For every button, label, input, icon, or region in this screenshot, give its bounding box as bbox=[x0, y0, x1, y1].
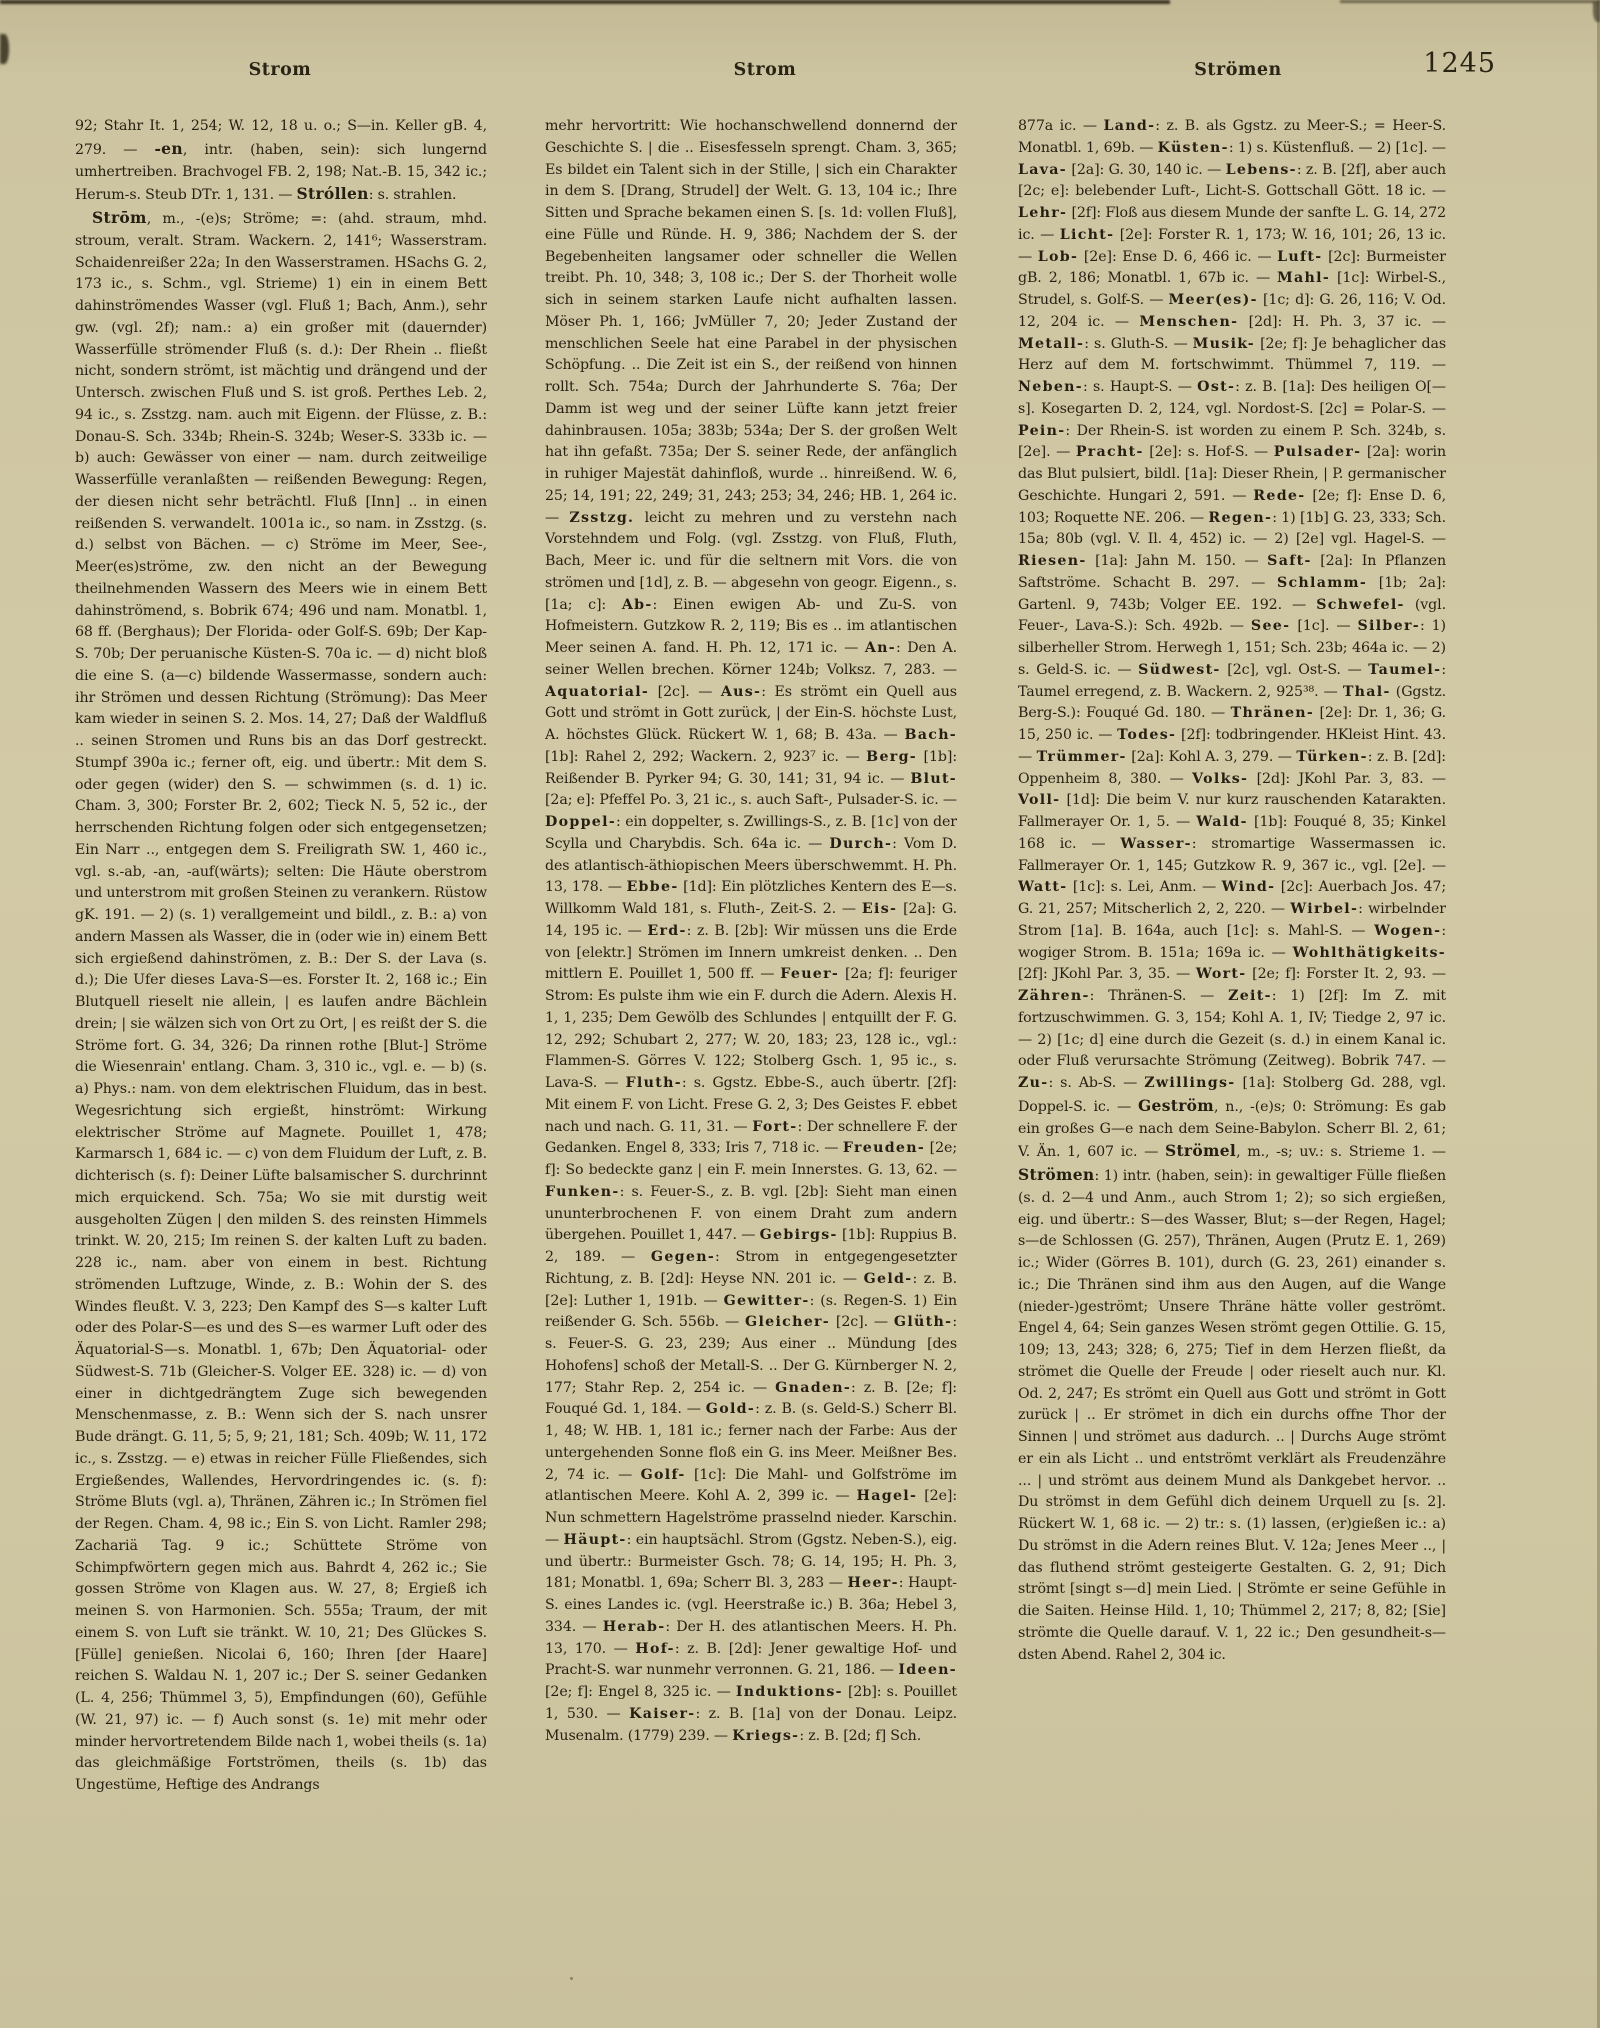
compound-headword: Aus- bbox=[721, 684, 761, 700]
compound-headword: Heer- bbox=[847, 1575, 898, 1591]
compound-headword: Schwefel- bbox=[1316, 597, 1405, 613]
compound-headword: Geld- bbox=[864, 1271, 913, 1287]
compound-headword: Ab- bbox=[622, 597, 653, 613]
compound-headword: Zähren- bbox=[1018, 988, 1090, 1004]
compound-headword: Ebbe- bbox=[626, 879, 678, 895]
compound-headword: Wohlthätigkeits- bbox=[1293, 945, 1446, 961]
compound-headword: Zwillings- bbox=[1144, 1075, 1235, 1091]
compound-headword: Türken- bbox=[1296, 749, 1367, 765]
compound-headword: Todes- bbox=[1117, 727, 1176, 743]
dictionary-paragraph: 92; Stahr It. 1, 254; W. 12, 18 u. o.; S… bbox=[75, 116, 487, 207]
compound-headword: Lebens- bbox=[1226, 162, 1297, 178]
compound-headword: Wind- bbox=[1222, 879, 1276, 895]
compound-headword: Wort- bbox=[1196, 966, 1247, 982]
running-head-center: Strom bbox=[680, 60, 850, 80]
paper-speck bbox=[570, 1977, 573, 1980]
dictionary-paragraph: Strōm, m., -(e)s; Ströme; =: (ahd. strau… bbox=[75, 207, 487, 1797]
compound-headword: Gnaden- bbox=[775, 1380, 851, 1396]
compound-headword: Volks- bbox=[1192, 771, 1248, 787]
compound-headword: Fort- bbox=[752, 1119, 797, 1135]
compound-headword: Wasser- bbox=[1120, 836, 1191, 852]
entry-headword: Strōm bbox=[92, 208, 147, 227]
compound-headword: Gewitter- bbox=[724, 1293, 810, 1309]
compound-headword: Taumel- bbox=[1368, 662, 1441, 678]
compound-headword: An- bbox=[865, 640, 896, 656]
compound-headword: Ideen- bbox=[898, 1662, 957, 1678]
compound-headword: Zu- bbox=[1018, 1075, 1048, 1091]
compound-headword: Zeit- bbox=[1228, 988, 1272, 1004]
compound-headword: Ost- bbox=[1197, 379, 1235, 395]
compound-headword: Musik- bbox=[1193, 336, 1255, 352]
compound-headword: Lava- bbox=[1018, 162, 1067, 178]
compound-headword: Golf- bbox=[641, 1467, 686, 1483]
compound-headword: Gold- bbox=[706, 1401, 755, 1417]
scan-smudge-left bbox=[0, 34, 9, 64]
compound-headword: Riesen- bbox=[1018, 553, 1087, 569]
scanned-dictionary-page: Strom Strom Strömen 1245 92; Stahr It. 1… bbox=[0, 0, 1600, 2028]
compound-headword: Watt- bbox=[1018, 879, 1067, 895]
text-column-3: 877a ic. — Land-: z. B. als Ggstz. zu Me… bbox=[1018, 116, 1446, 1924]
compound-headword: Lehr- bbox=[1018, 205, 1067, 221]
entry-headword: Strömen bbox=[1018, 1165, 1095, 1184]
compound-headword: Glüth- bbox=[894, 1314, 952, 1330]
entry-headword: Stróllen bbox=[297, 184, 369, 203]
compound-headword: Pulsader- bbox=[1274, 444, 1362, 460]
compound-headword: Erd- bbox=[647, 923, 686, 939]
compound-headword: Doppel- bbox=[545, 814, 616, 830]
compound-headword: Funken- bbox=[545, 1184, 620, 1200]
compound-headword: Südwest- bbox=[1138, 662, 1221, 678]
compound-headword: Lob- bbox=[1038, 249, 1078, 265]
compound-headword: Bach- bbox=[904, 727, 957, 743]
compound-headword: Feuer- bbox=[780, 966, 839, 982]
compound-headword: Gleicher- bbox=[745, 1314, 830, 1330]
compound-headword: Rede- bbox=[1253, 488, 1305, 504]
scan-edge-top bbox=[0, 0, 1170, 4]
compound-headword: Thal- bbox=[1343, 684, 1391, 700]
compound-headword: Fluth- bbox=[626, 1075, 682, 1091]
compound-headword: Gebirgs- bbox=[760, 1227, 838, 1243]
compound-headword: Land- bbox=[1104, 118, 1156, 134]
compound-headword: Eis- bbox=[862, 901, 897, 917]
compound-headword: Kriegs- bbox=[732, 1728, 799, 1744]
compound-headword: Neben- bbox=[1018, 379, 1083, 395]
compound-headword: Gegen- bbox=[651, 1249, 715, 1265]
compound-headword: Pracht- bbox=[1076, 444, 1144, 460]
compound-headword: Aquatorial- bbox=[545, 684, 649, 700]
compound-headword: Meer(es)- bbox=[1169, 292, 1258, 308]
compound-headword: Blut- bbox=[910, 771, 957, 787]
compound-headword: Hagel- bbox=[857, 1488, 918, 1504]
scan-edge-top-right bbox=[1340, 0, 1600, 3]
dictionary-paragraph: mehr hervortritt: Wie hochanschwellend d… bbox=[545, 116, 957, 1747]
compound-headword: Hof- bbox=[635, 1641, 675, 1657]
dictionary-paragraph: 877a ic. — Land-: z. B. als Ggstz. zu Me… bbox=[1018, 116, 1446, 1666]
running-head-right: Strömen bbox=[1148, 60, 1328, 80]
compound-headword: See- bbox=[1251, 618, 1290, 634]
entry-headword: Strömel bbox=[1165, 1141, 1236, 1160]
compound-headword: Küsten- bbox=[1158, 140, 1229, 156]
compound-headword: Luft- bbox=[1277, 249, 1322, 265]
compound-headword: Wirbel- bbox=[1290, 901, 1358, 917]
text-column-2: mehr hervortritt: Wie hochanschwellend d… bbox=[545, 116, 957, 1876]
compound-headword: Regen- bbox=[1208, 510, 1272, 526]
compound-headword: Saft- bbox=[1267, 553, 1311, 569]
compound-headword: Freuden- bbox=[843, 1140, 925, 1156]
compound-headword: Häupt- bbox=[564, 1532, 627, 1548]
compound-headword: Metall- bbox=[1018, 336, 1084, 352]
compound-headword: Menschen- bbox=[1139, 314, 1238, 330]
text-column-1: 92; Stahr It. 1, 254; W. 12, 18 u. o.; S… bbox=[75, 116, 487, 1860]
compound-headword: Trümmer- bbox=[1037, 749, 1127, 765]
compound-headword: Durch- bbox=[829, 836, 892, 852]
compound-headword: Mahl- bbox=[1277, 270, 1330, 286]
compound-headword: Wogen- bbox=[1374, 923, 1441, 939]
compound-headword: Kaiser- bbox=[629, 1706, 695, 1722]
compound-headword: Berg- bbox=[866, 749, 917, 765]
entry-headword: Geström bbox=[1138, 1096, 1214, 1115]
compound-headword: Silber- bbox=[1358, 618, 1420, 634]
running-head-left: Strom bbox=[195, 60, 365, 80]
entry-headword: -en bbox=[154, 139, 182, 158]
compound-headword: Voll- bbox=[1018, 792, 1060, 808]
compound-headword: Wald- bbox=[1196, 814, 1248, 830]
compound-headword: Herab- bbox=[603, 1619, 666, 1635]
compound-headword: Induktions- bbox=[736, 1684, 843, 1700]
compound-headword: Pein- bbox=[1018, 423, 1065, 439]
page-number: 1245 bbox=[1423, 48, 1496, 79]
compound-headword: Licht- bbox=[1060, 227, 1115, 243]
compound-headword: Thränen- bbox=[1231, 705, 1315, 721]
compound-headword: Schlamm- bbox=[1277, 575, 1367, 591]
compound-headword: Zsstzg. bbox=[569, 510, 634, 526]
